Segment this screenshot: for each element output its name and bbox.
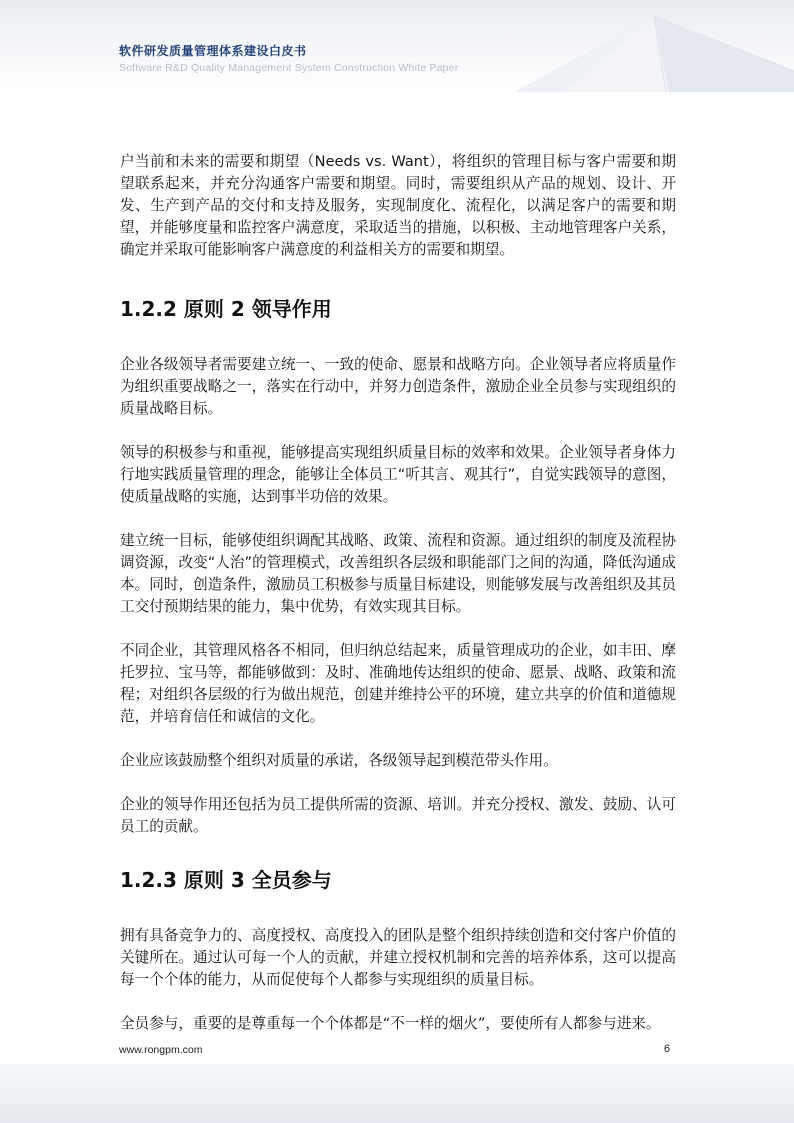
paragraph: 全员参与，重要的是尊重每一个个体都是“不一样的烟火”，要使所有人都参与进来。 bbox=[120, 1013, 676, 1035]
paragraph: 企业的领导作用还包括为员工提供所需的资源、培训。并充分授权、激发、鼓励、认可员工… bbox=[120, 794, 676, 838]
paragraph: 企业应该鼓励整个组织对质量的承诺，各级领导起到模范带头作用。 bbox=[120, 750, 676, 772]
paragraph: 企业各级领导者需要建立统一、一致的使命、愿景和战略方向。企业领导者应将质量作为组… bbox=[120, 354, 676, 420]
document-title: 软件研发质量管理体系建设白皮书 bbox=[119, 42, 307, 59]
section-heading-leadership: 1.2.2 原则 2 领导作用 bbox=[120, 294, 676, 324]
document-subtitle: Software R&D Quality Management System C… bbox=[119, 62, 458, 74]
paragraph: 领导的积极参与和重视，能够提高实现组织质量目标的效率和效果。企业领导者身体力行地… bbox=[120, 442, 676, 508]
paragraph: 拥有具备竞争力的、高度授权、高度投入的团队是整个组织持续创造和交付客户价值的关键… bbox=[120, 925, 676, 991]
page-content: 户当前和未来的需要和期望（Needs vs. Want），将组织的管理目标与客户… bbox=[120, 151, 676, 1057]
header-mountain-graphic bbox=[474, 0, 794, 92]
paragraph: 不同企业，其管理风格各不相同，但归纳总结起来，质量管理成功的企业，如丰田、摩托罗… bbox=[120, 640, 676, 728]
page-number: 6 bbox=[664, 1043, 670, 1055]
intro-paragraph: 户当前和未来的需要和期望（Needs vs. Want），将组织的管理目标与客户… bbox=[120, 151, 676, 261]
footer-band bbox=[0, 1064, 794, 1123]
paragraph: 建立统一目标，能够使组织调配其战略、政策、流程和资源。通过组织的制度及流程协调资… bbox=[120, 530, 676, 618]
section-heading-engagement: 1.2.3 原则 3 全员参与 bbox=[120, 865, 676, 895]
footer-website-link[interactable]: www.rongpm.com bbox=[119, 1044, 202, 1056]
